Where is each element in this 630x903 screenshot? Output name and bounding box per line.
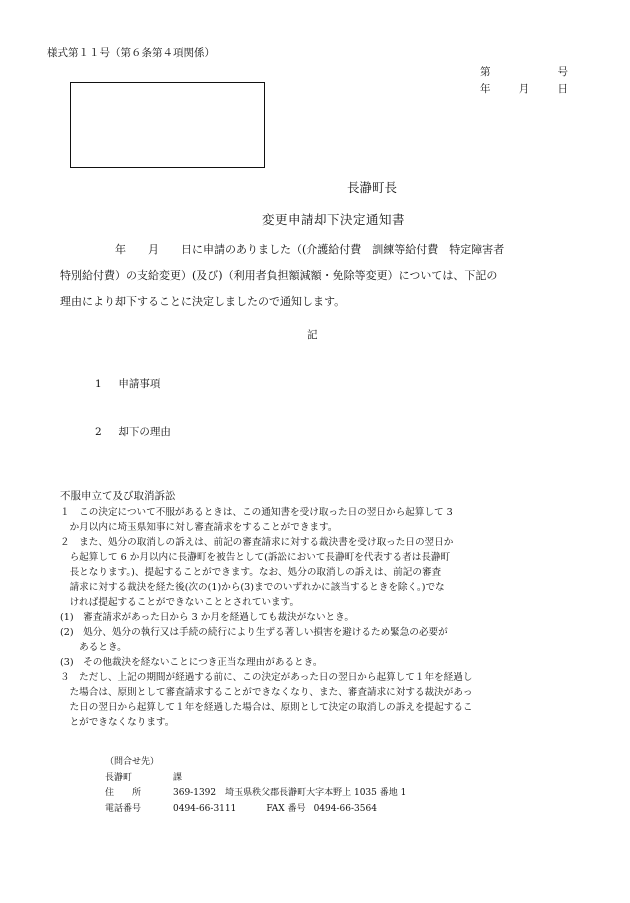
document-date: 年 月 日 <box>480 81 568 96</box>
document-number: 第 号 <box>480 64 568 79</box>
body-line: 年 月 日に申請のありました（(介護給付費 訓練等給付費 特定障害者 <box>60 237 580 263</box>
contact-department: 長瀞町 課 <box>105 771 406 787</box>
appeal-line: 長となります。)、提起することができます。なお、処分の取消しの訴えは、前記の審査 <box>60 565 590 580</box>
doc-number-prefix: 第 <box>480 64 491 79</box>
doc-number-suffix: 号 <box>558 64 569 79</box>
phone-label: 電話番号 <box>105 802 173 818</box>
item-number: 2 <box>95 426 115 438</box>
item-label: 申請事項 <box>118 378 160 390</box>
fax-value: 0494-66-3564 <box>314 802 377 818</box>
contact-phone: 電話番号 0494-66-3111 FAX 番号 0494-66-3564 <box>105 802 406 818</box>
appeal-line: あるとき。 <box>60 640 590 655</box>
date-year: 年 <box>480 81 491 96</box>
appeal-line: (1) 審査請求があった日から 3 か月を経過しても裁決がないとき。 <box>60 610 590 625</box>
appeal-line: ３ ただし、上記の期間が経過する前に、この決定があった日の翌日から起算して１年を… <box>60 670 590 685</box>
addressee-box <box>70 82 265 168</box>
appeal-line: 請求に対する裁決を経た後(次の(1)から(3)までのいずれかに該当するときを除く… <box>60 580 590 595</box>
issuer: 長瀞町長 <box>347 178 397 196</box>
appeal-line: (2) 処分、処分の執行又は手続の続行により生ずる著しい損害を避けるため緊急の必… <box>60 625 590 640</box>
ki-marker: 記 <box>307 327 318 342</box>
appeal-line: ら起算して 6 か月以内に長瀞町を被告として(訴訟において長瀞町を代表する者は長… <box>60 550 590 565</box>
item-number: 1 <box>95 378 115 390</box>
phone-value: 0494-66-3111 <box>173 802 236 818</box>
contact-address: 住 所 369-1392 埼玉県秩父郡長瀞町大字本野上 1035 番地 1 <box>105 786 406 802</box>
appeal-line: ２ また、処分の取消しの訴えは、前記の審査請求に対する裁決書を受け取った日の翌日… <box>60 535 590 550</box>
address-value: 369-1392 埼玉県秩父郡長瀞町大字本野上 1035 番地 1 <box>173 786 406 802</box>
contact-info: （問合せ先） 長瀞町 課 住 所 369-1392 埼玉県秩父郡長瀞町大字本野上… <box>105 755 406 817</box>
appeal-text: １ この決定について不服があるときは、この通知書を受け取った日の翌日から起算して… <box>60 505 590 730</box>
address-label: 住 所 <box>105 786 173 802</box>
contact-town: 長瀞町 <box>105 771 173 787</box>
body-line: 理由により却下することに決定しましたので通知します。 <box>60 289 580 315</box>
appeal-line: た日の翌日から起算して１年を経過した場合は、原則として決定の取消しの訴えを提起す… <box>60 700 590 715</box>
notice-body: 年 月 日に申請のありました（(介護給付費 訓練等給付費 特定障害者 特別給付費… <box>60 237 580 315</box>
appeal-line: か月以内に埼玉県知事に対し審査請求をすることができます。 <box>60 520 590 535</box>
appeal-line: とができなくなります。 <box>60 715 590 730</box>
document-title: 変更申請却下決定通知書 <box>262 210 405 228</box>
appeal-line: ければ提起することができないこととされています。 <box>60 595 590 610</box>
date-month: 月 <box>519 81 530 96</box>
appeal-line: た場合は、原則として審査請求することができなくなり、また、審査請求に対する裁決が… <box>60 685 590 700</box>
form-number: 様式第１１号（第６条第４項関係） <box>47 45 215 60</box>
item-label: 却下の理由 <box>118 426 171 438</box>
contact-heading: （問合せ先） <box>105 755 406 771</box>
contact-section: 課 <box>173 771 182 787</box>
fax-label: FAX 番号 <box>266 802 305 818</box>
item-application-matter: 1 申請事項 <box>95 376 160 391</box>
appeal-line: １ この決定について不服があるときは、この通知書を受け取った日の翌日から起算して… <box>60 505 590 520</box>
appeal-heading: 不服申立て及び取消訴訟 <box>60 488 176 503</box>
appeal-line: (3) その他裁決を経ないことにつき正当な理由があるとき。 <box>60 655 590 670</box>
body-line: 特別給付費）の支給変更）(及び)（利用者負担額減額・免除等変更）については、下記… <box>60 263 580 289</box>
item-rejection-reason: 2 却下の理由 <box>95 424 171 439</box>
date-day: 日 <box>558 81 569 96</box>
